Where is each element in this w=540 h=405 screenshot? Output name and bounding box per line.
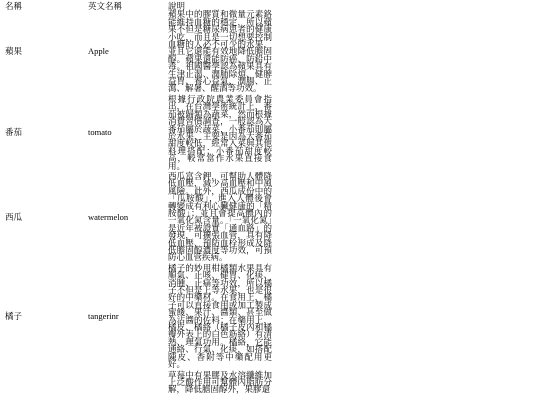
fruit-description: 蘋果中的膠質和微量元素鉻能維持血糖的穩定，所以蘋果不但是糖尿病患者的健康小吃，而…: [168, 11, 272, 95]
fruit-description: 西瓜富含鉀，可幫助人體降低血壓，減少高血壓和中風風險。此外，西瓜成份中的「瓜胺酸…: [168, 173, 272, 265]
table-row-tomato: 番茄 tomato 根據行政院農業委員會指出，在台灣學術統計上，番茄被歸類為蔬菜…: [5, 96, 272, 173]
table-row-watermelon: 西瓜 watermelon 西瓜富含鉀，可幫助人體降低血壓，減少高血壓和中風風險…: [5, 173, 272, 265]
fruit-description: 草莓中有果膠及水溶纖維加上泛酸作用可幫體內脂肪分解，降低膽固醇外，果膠還: [168, 372, 272, 397]
fruit-name: [5, 372, 88, 397]
table-row-tangerine: 橘子 tangerinr 橘子的妙用柑橘類水果具有順氣、止咳、健胃、化痰、消腫、…: [5, 265, 272, 372]
fruit-english-name: [88, 372, 168, 397]
fruit-name: 西瓜: [5, 173, 88, 265]
fruit-info-table: 名稱 英文名稱 說明 蘋果 Apple 蘋果中的膠質和微量元素鉻能維持血糖的穩定…: [5, 3, 272, 397]
fruit-description: 橘子的妙用柑橘類水果具有順氣、止咳、健胃、化痰、消腫、止痛等功效，所以橘子不但是…: [168, 265, 272, 372]
fruit-description: 根據行政院農業委員會指出，在台灣學術統計上，番茄被歸類為蔬菜，然而根據消費習慣調…: [168, 96, 272, 173]
fruit-english-name: tomato: [88, 96, 168, 173]
table-row-apple: 蘋果 Apple 蘋果中的膠質和微量元素鉻能維持血糖的穩定，所以蘋果不但是糖尿病…: [5, 11, 272, 95]
fruit-name: 橘子: [5, 265, 88, 372]
fruit-english-name: tangerinr: [88, 265, 168, 372]
fruit-english-name: watermelon: [88, 173, 168, 265]
header-name: 名稱: [5, 3, 88, 11]
fruit-name: 蘋果: [5, 11, 88, 95]
table-row-strawberry-clipped: 草莓中有果膠及水溶纖維加上泛酸作用可幫體內脂肪分解，降低膽固醇外，果膠還: [5, 372, 272, 397]
fruit-name: 番茄: [5, 96, 88, 173]
header-english: 英文名稱: [88, 3, 168, 11]
fruit-english-name: Apple: [88, 11, 168, 95]
